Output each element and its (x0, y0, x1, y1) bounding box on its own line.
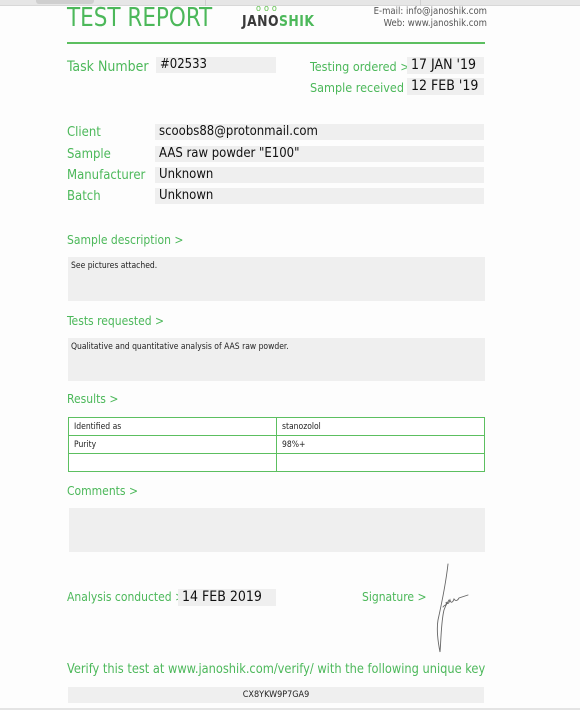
results-heading: Results > (67, 392, 118, 406)
results-cell-label (69, 454, 277, 472)
results-cell-label: Identified as (69, 418, 277, 436)
batch-label: Batch (67, 189, 101, 204)
unique-key: CX8YKW9P7GA9 (68, 687, 484, 703)
tests-requested-heading: Tests requested > (67, 314, 164, 328)
test-report-page: TEST REPORT ooo JANOSHIK E-mail: info@ja… (0, 0, 580, 710)
sample-value: AAS raw powder "E100" (155, 146, 484, 162)
contact-web: Web: www.janoshik.com (374, 18, 487, 30)
manufacturer-label: Manufacturer (67, 168, 145, 183)
manufacturer-value: Unknown (155, 167, 484, 183)
comments-box (69, 508, 485, 552)
results-cell-label: Purity (69, 436, 277, 454)
task-number-label: Task Number (67, 59, 149, 75)
contact-info: E-mail: info@janoshik.com Web: www.janos… (374, 6, 487, 30)
signature-icon (428, 562, 478, 656)
sample-label: Sample (67, 147, 111, 162)
sample-received-label: Sample received > (310, 80, 417, 95)
analysis-conducted-value: 14 FEB 2019 (178, 589, 276, 606)
testing-ordered-value: 17 JAN '19 (407, 57, 484, 74)
client-value: scoobs88@protonmail.com (155, 124, 484, 140)
contact-email: E-mail: info@janoshik.com (374, 6, 487, 18)
tests-requested-box: Qualitative and quantitative analysis of… (68, 338, 485, 381)
signature-label: Signature > (362, 590, 427, 604)
sample-description-box: See pictures attached. (68, 257, 485, 301)
table-row (69, 454, 485, 472)
analysis-conducted-label: Analysis conducted > (67, 590, 184, 604)
table-row: Purity 98%+ (69, 436, 485, 454)
logo-word-prefix: JANO (242, 12, 279, 30)
batch-value: Unknown (155, 188, 484, 204)
results-cell-value: stanozolol (277, 418, 485, 436)
testing-ordered-label: Testing ordered > (310, 59, 410, 74)
task-number-value: #02533 (156, 57, 276, 73)
header-divider (67, 42, 485, 44)
logo-word-highlight: SHIK (279, 12, 314, 30)
table-row: Identified as stanozolol (69, 418, 485, 436)
janoshik-logo: ooo JANOSHIK (242, 6, 321, 30)
results-cell-value (277, 454, 485, 472)
sample-received-value: 12 FEB '19 (407, 78, 484, 95)
report-title: TEST REPORT (67, 3, 212, 33)
logo-wordmark: JANOSHIK (242, 12, 314, 30)
verify-text: Verify this test at www.janoshik.com/ver… (67, 661, 485, 677)
comments-heading: Comments > (67, 484, 138, 498)
sample-description-heading: Sample description > (67, 233, 183, 247)
results-table: Identified as stanozolol Purity 98%+ (68, 417, 485, 472)
results-cell-value: 98%+ (277, 436, 485, 454)
client-label: Client (67, 125, 101, 140)
